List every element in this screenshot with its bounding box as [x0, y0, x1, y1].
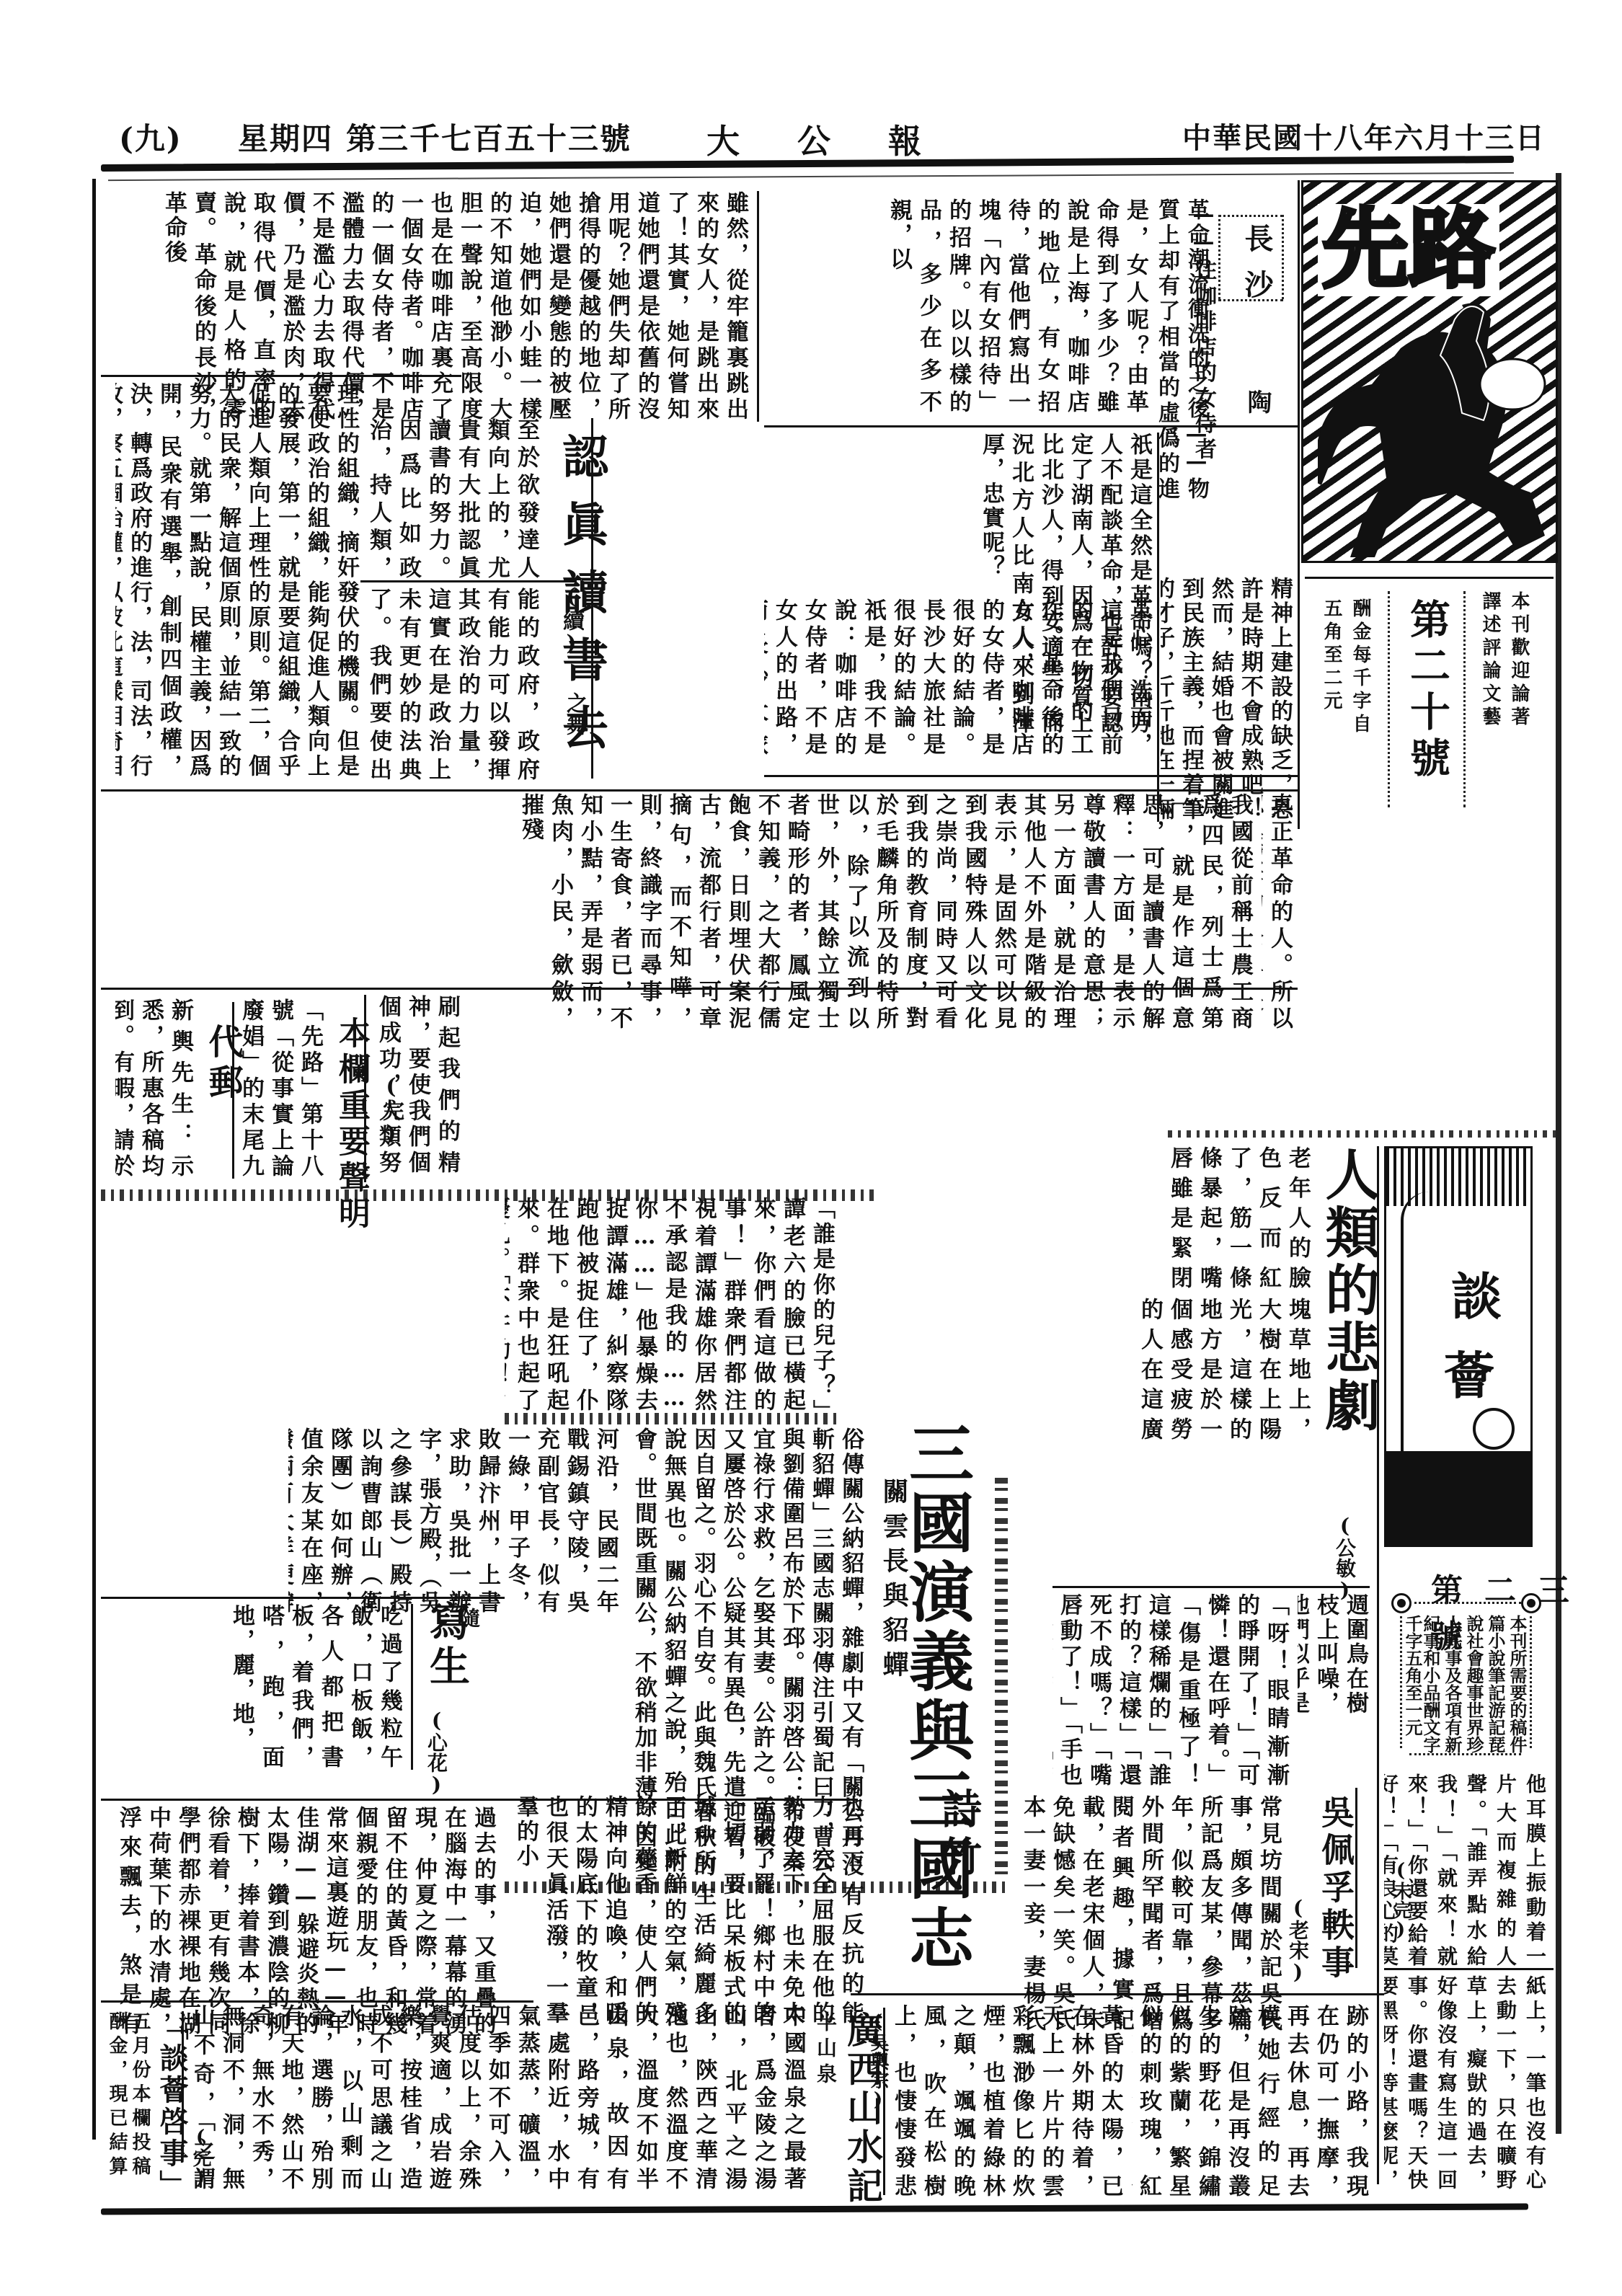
- tanhui-notice-line-2: 篇小說筆記游記琵: [1485, 1615, 1505, 1753]
- xianlu-notice-border: [1463, 591, 1466, 807]
- section-divider: [764, 775, 1298, 777]
- ornamental-border-vertical: [995, 1478, 1008, 1881]
- read-books-body-5: 我國從前稱士農工商爲四民，列士爲第一，就是作這個意思，可是讀書人的解釋：一方面，…: [115, 793, 1254, 1031]
- changsha-title-frame: [1282, 215, 1284, 299]
- changsha-body-3: 革心，洗面，這是我們目前的一切的工作。革命後的女人，咖啡店的女侍者，是很好的結論…: [764, 598, 1153, 757]
- section-divider: [101, 375, 461, 377]
- xianlu-woodcut: 先路: [1301, 180, 1558, 563]
- column-rule: [883, 2008, 885, 2195]
- guangxi-author: (吳輿宗): [865, 2011, 892, 2111]
- section-divider: [1052, 1586, 1370, 1588]
- sketch-body-1: 吃過了幾粒午飯，口板飯，各人都把書板，着我們，嗒，跑，面地，麗，地，: [115, 1604, 404, 1770]
- tanhui-logo-1: 談: [1451, 1256, 1502, 1329]
- publication-date: 中華民國十八年六月十三日: [1182, 115, 1546, 156]
- xianlu-divider: [1305, 577, 1554, 579]
- sketch-body-6: 紙上，一筆也沒有心去動一下，只在曠野草上，癡獃的過去，好像沒有寫生這一回事。你還…: [1384, 1975, 1550, 2191]
- xianlu-logo: 先路: [1318, 204, 1499, 296]
- horse-rider-icon: [1318, 291, 1548, 557]
- read-books-body-3: 理性的組織，摘奸發伏的機關。但是要使政治的組織，能夠促進人類向上的發展，第一，就…: [115, 382, 360, 779]
- tanhui-woodcut: 談 薈: [1384, 1146, 1533, 1547]
- changsha-body-4: 是，女人呢？由革命得到了多少？雖說是上海，咖啡店的地位，有女招待，當他們寫出一塊…: [764, 198, 1150, 415]
- human-tragedy-title: 人類的悲劇: [1319, 1146, 1377, 1435]
- read-books-body-1: 至於欲發達人類向上的，尤貴有大批認眞讀書的努力。因爲比如政治，持人類，使其日益趨…: [368, 418, 541, 580]
- changsha-title-frame: [1218, 215, 1283, 217]
- tanhui-notice-border: [1409, 1602, 1521, 1604]
- page-bottom-rule: [101, 2204, 1528, 2215]
- human-tragedy-body-1: 老年人的臉色反而紅了，筋一條條暴起，嘴唇雖是緊閉着，他的兩排牙齒在打着寒顫。「啊…: [1168, 1146, 1312, 1290]
- notice-corner-ornament: [1391, 1593, 1412, 1613]
- issue-number: 第三千七百五十三號: [346, 115, 631, 159]
- sketch-body-3: 也再沒有反抗的能力，完全屈服在他的勢力之下，也未免太示弱了罷！鄉村中的一切，要比…: [505, 1795, 865, 2026]
- paper-name: 大公報: [706, 115, 979, 163]
- section-divider: [851, 1993, 1384, 1995]
- wu-peifu-author: (老宋): [1283, 1896, 1312, 1984]
- column-rule: [591, 418, 593, 779]
- human-tragedy-body-2: 「誰是你的兒子？」譚老六的臉已橫起來，你們看這做的事！」群衆們都注視着譚滿雄你居…: [505, 1197, 836, 1413]
- guangxi-body: 中國溫泉之最著者，爲金陵之湯山，北平之湯山，陝西之華清池也，然溫度不大，溫度不如…: [195, 2004, 807, 2191]
- section-divider: [360, 580, 577, 582]
- sketch-body-4: 黃昏的太陽，已在林外期待着，天上一片片的雲彩飄渺像匕的炊煙，也植着綠林之顛，颯颯…: [894, 2004, 1125, 2199]
- wu-peifu-body-2: 河沿，民國二年戰錫鎮守陵，吳充副官長，似有一綠，甲子冬，敗歸汴州，上書求助，吳批…: [288, 1427, 620, 1615]
- human-tragedy-to-be-continued: (未完): [1388, 1860, 1414, 1941]
- xianlu-notice-line-1: 本刊歡迎論著: [1507, 591, 1531, 730]
- wu-peifu-title: 吳佩孚軼事: [1312, 1795, 1360, 1982]
- sanguo-section-heading: 關雲長與貂蟬: [876, 1478, 913, 1685]
- tanhui-notice-line-1: 本刊所需要的稿件: [1507, 1615, 1527, 1753]
- sketch-title: 寫生: [418, 1600, 476, 1690]
- read-books-author: 之舞: [559, 692, 590, 735]
- weekday: 星期四: [238, 115, 333, 159]
- changsha-section-title: 長沙: [1236, 223, 1277, 316]
- changsha-lead: 革命潮流衝洗的之後——物質上却有了相當的虛僞的進展——咖啡店的女侍者，果真是女人…: [1153, 198, 1211, 501]
- weekly-drama-lead: 週圍鳥在樹枝上叫噪，他們似乎是許多人在鬧着，他們的聲音是如此的奇怪好像正在爭着議…: [1298, 1593, 1370, 1716]
- xianlu-notice-line-4: 五角至二元: [1319, 598, 1344, 714]
- xianlu-notice-line-3: 酬金每千字自: [1348, 598, 1373, 737]
- column-rule: [757, 191, 759, 422]
- tanhui-notice-line-4: 人軼事及各項有新: [1442, 1615, 1462, 1753]
- guangxi-section-label: 半山泉: [811, 2011, 840, 2089]
- sketch-author: (心花): [422, 1708, 451, 1796]
- column-rule: [1157, 433, 1159, 822]
- face-with-glasses-icon: [1473, 1408, 1515, 1450]
- notice-corner-ornament: [1521, 1593, 1541, 1613]
- human-tragedy-body-3: 塊草地上，大樹在上陽光，這樣的地方是於一個感受疲勞的人在這廣大的草地上遠遠他父親…: [1139, 1298, 1312, 1442]
- page-number: (九): [119, 115, 182, 159]
- page-frame-left: [92, 179, 96, 2140]
- sketch-body-5: 跡的小路，我現在仍可一撫摩，再去休息，再去模她行經的足跡，但是再沒叢生的野花，錦…: [1132, 2004, 1370, 2199]
- ornamental-divider: [1168, 1130, 1557, 1138]
- changsha-body-1: 精神上建設的缺乏，恐許是時期不會成熟吧！然而，結婚也會被關進到民族主義，而捏着筆…: [1161, 577, 1294, 822]
- xianlu-notice-border-2: [1388, 591, 1390, 807]
- tanhui-notice-line-3: 說社會趣事世界珍: [1463, 1615, 1484, 1753]
- tanhui-logo-2: 薈: [1444, 1336, 1494, 1409]
- curtain-pattern: [1386, 1148, 1530, 1206]
- section-divider: [101, 1597, 505, 1599]
- read-books-body-4: 真正革命的人。所以認眞讀書的人，才是: [1262, 793, 1294, 1031]
- tanhui-notice-border: [1530, 1611, 1532, 1748]
- wu-peifu-body: 常見坊間關於記吳氏事，頗多傳聞，茲篇所記爲友某，參幕多年，似較可靠，且爲外間所罕…: [1024, 1795, 1283, 2033]
- changsha-author: 陶: [1240, 389, 1275, 414]
- section-divider: [764, 425, 1298, 427]
- xianlu-issue-label: 第二十號: [1406, 598, 1449, 783]
- column-rule: [1298, 180, 1300, 829]
- announcement-body: 五月份本欄投稿酬金，現已結算清楚，請帶圖章來本館領取爲盼。: [105, 2011, 151, 2177]
- column-rule: [411, 1604, 413, 1770]
- proxy-mail-title: 代郵: [198, 1024, 248, 1104]
- read-books-end-mark: (完): [375, 1074, 407, 1146]
- notice-column-body: 「先路」第十八號「從事實上論廢娼」的末尾九行，係誤排重複。本文原在「……廢娼難得…: [238, 998, 324, 1179]
- changsha-title-frame: [1218, 215, 1220, 299]
- human-tragedy-body-4: 「呀！眼睛漸漸的睜開了！」「可憐！還在呼着。」「傷是重極了！這樣稀爛的」「誰打的…: [1052, 1593, 1290, 1788]
- sanguo-author: 詩竹: [930, 1788, 988, 1883]
- section-divider: [101, 2000, 533, 2003]
- ornamental-border-horizontal: [505, 1413, 836, 1424]
- tanhui-notice-line-6: 千字五角至一元: [1402, 1615, 1422, 1736]
- xianlu-notice-line-2: 譯述評論文藝: [1478, 591, 1502, 730]
- announcement-title: 「談薈啓事」: [151, 2011, 192, 2202]
- proxy-mail-body: 新輿先生：示悉，所惠各稿均到。有暇，請於日內下午: [115, 998, 195, 1179]
- figure-outline: [1401, 1192, 1432, 1466]
- section-divider: [1384, 1968, 1554, 1970]
- section-divider: [101, 789, 1298, 792]
- human-tragedy-author: (公敏): [1330, 1514, 1359, 1602]
- tanhui-notice-line-5: 紀事和小品酬文字: [1420, 1615, 1440, 1753]
- tanhui-notice-border: [1409, 1753, 1521, 1755]
- read-books-continued: (續): [555, 584, 587, 656]
- section-divider: [101, 988, 1298, 990]
- read-books-body-2: 能的政府，政府有能力可以發揮其政治的力量，這實在是政治上未有更妙的法典了。我們要…: [368, 588, 541, 782]
